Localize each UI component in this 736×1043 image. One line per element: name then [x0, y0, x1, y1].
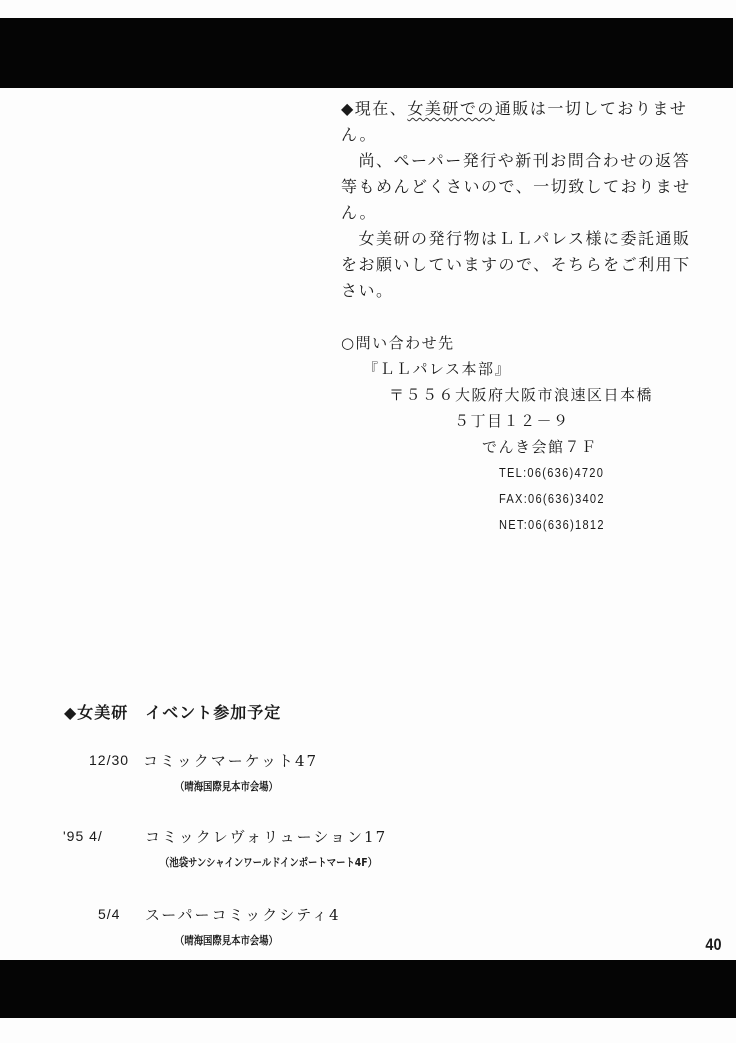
emphasized-text: 女美研での — [407, 99, 495, 118]
event-name: コミックレヴォリューション17 — [145, 826, 387, 847]
event-date: 12/30 — [89, 752, 129, 768]
contact-fax: FAX:06(636)3402 — [499, 486, 723, 512]
notice-line: さい。 — [341, 278, 691, 304]
contact-company: 『ＬＬパレス本部』 — [363, 356, 627, 382]
notice-line: ん。 — [341, 200, 691, 226]
event-name: コミックマーケット47 — [143, 750, 318, 771]
event-venue: （晴海国際見本市会場） — [175, 778, 278, 794]
contact-block: ○問い合わせ先 『ＬＬパレス本部』 〒５５６大阪府大阪市浪速区日本橋 ５丁目１２… — [341, 330, 605, 538]
notice-line: 女美研の発行物はＬＬパレス様に委託通販 — [341, 226, 691, 252]
contact-net: NET:06(636)1812 — [499, 512, 723, 538]
top-black-bar — [0, 18, 733, 88]
page-number: 40 — [705, 935, 721, 955]
notice-line: をお願いしていますので、そちらをご利用下 — [341, 252, 691, 278]
event-name: スーパーコミックシティ4 — [145, 904, 341, 925]
contact-address-line2: ５丁目１２－９ — [454, 408, 718, 434]
event-venue: （晴海国際見本市会場） — [175, 932, 278, 948]
contact-heading: ○問い合わせ先 — [341, 330, 605, 356]
notice-line: ◆現在、女美研での通販は一切しておりませ — [341, 96, 691, 122]
event-venue: （池袋サンシャインワールドインポートマート4F） — [160, 854, 377, 870]
notice-line: 尚、ペーパー発行や新刊お問合わせの返答 — [341, 148, 691, 174]
notice-line: 等もめんどくさいので、一切致しておりませ — [341, 174, 691, 200]
notice-line: ん。 — [341, 122, 691, 148]
notice-rest: 通販は一切しておりませ — [495, 99, 688, 118]
contact-building: でんき会館７Ｆ — [482, 434, 736, 460]
contact-address-line1: 〒５５６大阪府大阪市浪速区日本橋 — [389, 382, 653, 408]
bottom-black-bar — [0, 960, 736, 1018]
contact-tel: TEL:06(636)4720 — [499, 460, 723, 486]
event-date: '95 4/ — [63, 828, 103, 844]
events-title: ◆女美研 イベント参加予定 — [64, 700, 281, 723]
mail-order-notice: ◆現在、女美研での通販は一切しておりませ ん。 尚、ペーパー発行や新刊お問合わせ… — [341, 96, 691, 304]
event-date: 5/4 — [98, 906, 120, 922]
notice-prefix: ◆現在、 — [341, 99, 407, 118]
